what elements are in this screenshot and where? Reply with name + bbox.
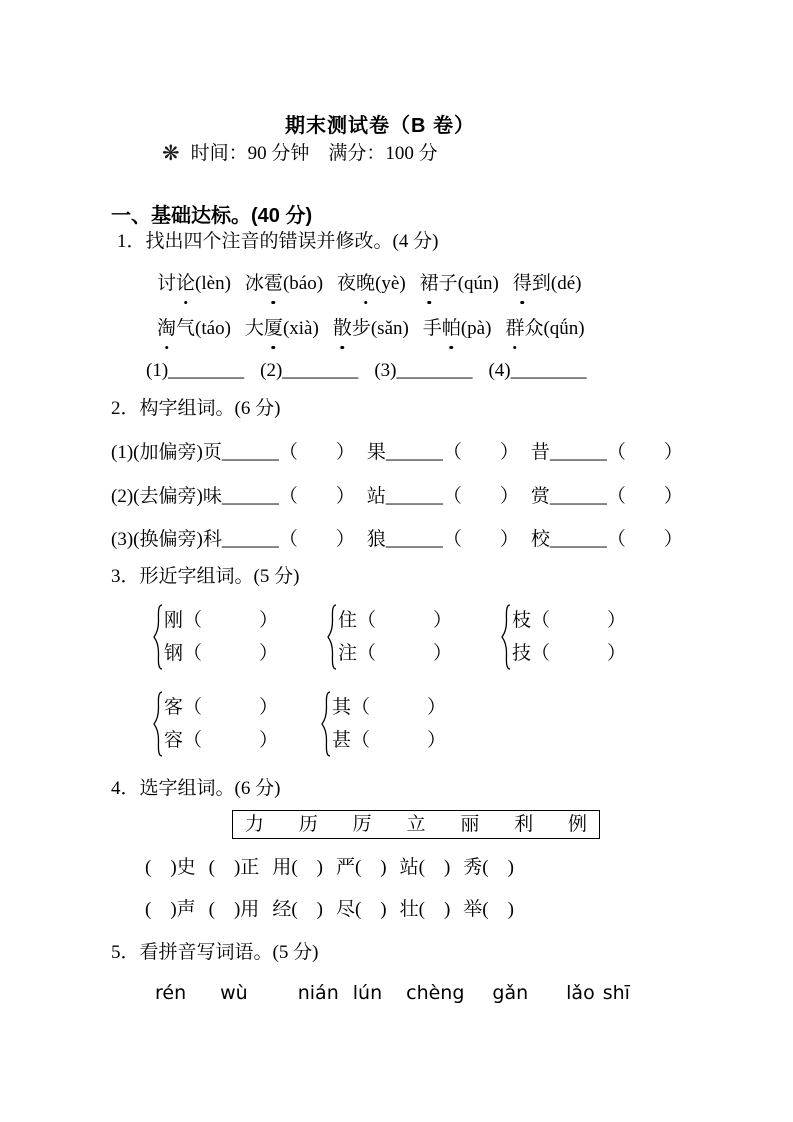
q1-word-dotted-char: 雹	[264, 269, 283, 298]
q2-item: 狼______（ ）	[367, 527, 519, 553]
q4-bank-char: 利	[514, 812, 533, 838]
q4-item: 经( )	[272, 897, 323, 923]
q1-word-post: 众	[524, 318, 543, 339]
q2-row-lead: (3)(换偏旁)科______（ ）	[111, 527, 355, 553]
q1-answer-blank: (4)________	[488, 358, 586, 384]
q1-answer-blanks: (1)________ (2)________ (3)________ (4)_…	[146, 358, 587, 384]
q1-answer-blank: (2)________	[260, 358, 358, 384]
q3-pair-group: 刚（ ） 钢（ ）	[152, 603, 278, 671]
q3-pair-top: 其（ ）	[332, 691, 446, 724]
q4-item: 站( )	[400, 855, 451, 881]
q3-pair-row-1: 刚（ ） 钢（ ） 住（ ） 注（ ） 枝（ ） 技（ ）	[152, 603, 626, 671]
q3-pair-group: 其（ ） 甚（ ）	[320, 690, 446, 758]
q1-word-dotted-char: 晚	[356, 269, 375, 298]
q3-pair-lines: 客（ ） 容（ ）	[164, 691, 278, 757]
exam-meta-line: ❋ 时间：90 分钟 满分：100 分	[162, 141, 438, 167]
q1-word-post: 步	[352, 318, 371, 339]
q5-pinyin-syllable: gǎn	[492, 981, 528, 1007]
q1-word-dotted-char: 群	[505, 314, 524, 343]
q1-word: 手帕(pà)	[423, 314, 492, 343]
q2-row: (2)(去偏旁)味______（ ） 站______（ ） 赏______（ ）	[111, 484, 683, 510]
left-brace-icon	[152, 690, 164, 758]
q5-pinyin-syllable: rén	[155, 981, 186, 1007]
q3-pair-bottom: 技（ ）	[512, 637, 626, 670]
q2-row-lead: (1)(加偏旁)页______（ ）	[111, 440, 355, 466]
q1-word-dotted-char: 论	[176, 269, 195, 298]
q1-word: 群众(qǘn)	[505, 314, 584, 343]
q1-word-pre: 讨	[157, 273, 176, 294]
q2-item: 站______（ ）	[367, 484, 519, 510]
q1-word: 得到(dé)	[513, 269, 582, 298]
q1-word-pinyin: (pà)	[461, 318, 492, 339]
q1-word: 大厦(xià)	[245, 314, 319, 343]
q4-item: ( )用	[209, 897, 260, 923]
q1-answer-blank: (1)________	[146, 358, 244, 384]
left-brace-icon	[320, 690, 332, 758]
q4-item-row-1: ( )史 ( )正 用( ) 严( ) 站( ) 秀( )	[145, 855, 514, 881]
q2-row-label: (1)(加偏旁)	[111, 442, 203, 463]
q2-row-lead: (2)(去偏旁)味______（ ）	[111, 484, 355, 510]
left-brace-icon	[326, 603, 338, 671]
q1-word-dotted-char: 得	[513, 269, 532, 298]
q3-pair-row-2: 客（ ） 容（ ） 其（ ） 甚（ ）	[152, 690, 446, 758]
q4-item: 秀( )	[463, 855, 514, 881]
q5-pinyin-syllable: nián	[298, 981, 339, 1007]
q3-pair-lines: 刚（ ） 钢（ ）	[164, 604, 278, 670]
q4-item: ( )声	[145, 897, 196, 923]
q2-item: 赏______（ ）	[531, 484, 683, 510]
q3-pair-top: 刚（ ）	[164, 604, 278, 637]
q4-item: ( )史	[145, 855, 196, 881]
q4-item: 壮( )	[400, 897, 451, 923]
q2-row-label: (3)(换偏旁)	[111, 529, 203, 550]
q4-character-bank-box: 力 历 厉 立 丽 利 例	[232, 810, 600, 839]
q1-word: 散步(sǎn)	[333, 314, 409, 343]
q1-word-pinyin: (báo)	[283, 273, 323, 294]
q1-answer-blank: (3)________	[374, 358, 472, 384]
section-1-heading: 一、基础达标。(40 分)	[111, 203, 312, 230]
exam-paper-page: 期末测试卷（B 卷） ❋ 时间：90 分钟 满分：100 分 一、基础达标。(4…	[0, 0, 793, 1122]
q1-word: 淘气(táo)	[157, 314, 231, 343]
q4-bank-char: 丽	[460, 812, 479, 838]
q1-word-pinyin: (lèn)	[195, 273, 231, 294]
q1-word-dotted-char: 淘	[157, 314, 176, 343]
q3-pair-group: 住（ ） 注（ ）	[326, 603, 452, 671]
q2-item: 果______（ ）	[367, 440, 519, 466]
decorative-stamp-icon: ❋	[162, 143, 180, 164]
q2-item: 页______（ ）	[203, 442, 355, 463]
q3-pair-bottom: 甚（ ）	[332, 724, 446, 757]
q2-item: 味______（ ）	[203, 486, 355, 507]
q2-row: (1)(加偏旁)页______（ ） 果______（ ） 昔______（ ）	[111, 440, 683, 466]
left-brace-icon	[500, 603, 512, 671]
q1-word-pinyin: (sǎn)	[371, 318, 409, 339]
q1-word-post: 子	[439, 273, 458, 294]
q3-pair-top: 客（ ）	[164, 691, 278, 724]
q3-pair-bottom: 钢（ ）	[164, 637, 278, 670]
q1-word-pinyin: (yè)	[375, 273, 406, 294]
q4-item: ( )正	[209, 855, 260, 881]
q1-word-post: 到	[532, 273, 551, 294]
q1-word-pre: 冰	[245, 273, 264, 294]
q1-word-row-1: 讨论(lèn) 冰雹(báo) 夜晚(yè) 裙子(qún) 得到(dé)	[157, 269, 581, 298]
q3-prompt: 3．形近字组词。(5 分)	[111, 564, 299, 590]
q3-pair-bottom: 容（ ）	[164, 724, 278, 757]
q4-item: 用( )	[272, 855, 323, 881]
exam-meta-text: 时间：90 分钟 满分：100 分	[191, 141, 438, 167]
q1-word-pinyin: (qún)	[458, 273, 499, 294]
q3-pair-group: 枝（ ） 技（ ）	[500, 603, 626, 671]
q1-word-row-2: 淘气(táo) 大厦(xià) 散步(sǎn) 手帕(pà) 群众(qǘn)	[157, 314, 585, 343]
q5-pinyin-row: rén wù nián lún chèng gǎn lǎo shī	[155, 981, 630, 1007]
q1-word-pinyin: (xià)	[283, 318, 319, 339]
q1-word-pinyin: (dé)	[551, 273, 582, 294]
q1-word-dotted-char: 帕	[442, 314, 461, 343]
q1-word: 冰雹(báo)	[245, 269, 323, 298]
q1-word-pinyin: (táo)	[195, 318, 231, 339]
q5-pinyin-syllable: lún	[353, 981, 382, 1007]
q2-prompt: 2．构字组词。(6 分)	[111, 396, 280, 422]
q1-word-dotted-char: 裙	[420, 269, 439, 298]
q1-word-pinyin: (qǘn)	[543, 318, 584, 339]
q5-pinyin-syllable: chèng	[406, 981, 464, 1007]
q1-prompt: 1．找出四个注音的错误并修改。(4 分)	[117, 229, 438, 255]
q4-item: 尽( )	[336, 897, 387, 923]
q4-bank-char: 例	[568, 812, 587, 838]
q5-pinyin-syllable: shī	[603, 981, 630, 1007]
q1-word-pre: 大	[245, 318, 264, 339]
q5-pinyin-syllable: lǎo	[566, 981, 595, 1007]
q3-pair-bottom: 注（ ）	[338, 637, 452, 670]
q4-bank-char: 立	[406, 812, 425, 838]
q1-word-pre: 手	[423, 318, 442, 339]
q3-pair-lines: 枝（ ） 技（ ）	[512, 604, 626, 670]
q5-prompt: 5．看拼音写词语。(5 分)	[111, 940, 318, 966]
q4-item-row-2: ( )声 ( )用 经( ) 尽( ) 壮( ) 举( )	[145, 897, 514, 923]
q4-bank-char: 力	[245, 812, 264, 838]
q1-word-post: 气	[176, 318, 195, 339]
q4-item: 严( )	[336, 855, 387, 881]
q5-pinyin-syllable: wù	[220, 981, 248, 1007]
q3-pair-group: 客（ ） 容（ ）	[152, 690, 278, 758]
left-brace-icon	[152, 603, 164, 671]
q1-word-dotted-char: 散	[333, 314, 352, 343]
q4-prompt: 4．选字组词。(6 分)	[111, 776, 280, 802]
q1-word: 夜晚(yè)	[337, 269, 406, 298]
q2-item: 昔______（ ）	[531, 440, 683, 466]
q3-pair-top: 枝（ ）	[512, 604, 626, 637]
q1-word-pre: 夜	[337, 273, 356, 294]
q3-pair-lines: 住（ ） 注（ ）	[338, 604, 452, 670]
q2-item: 科______（ ）	[203, 529, 355, 550]
q1-word-dotted-char: 厦	[264, 314, 283, 343]
q2-item: 校______（ ）	[531, 527, 683, 553]
q1-word: 裙子(qún)	[420, 269, 499, 298]
page-title: 期末测试卷（B 卷）	[0, 113, 760, 140]
q2-row: (3)(换偏旁)科______（ ） 狼______（ ） 校______（ ）	[111, 527, 683, 553]
q2-row-label: (2)(去偏旁)	[111, 486, 203, 507]
q4-bank-char: 厉	[353, 812, 372, 838]
q4-bank-char: 历	[299, 812, 318, 838]
q3-pair-top: 住（ ）	[338, 604, 452, 637]
q3-pair-lines: 其（ ） 甚（ ）	[332, 691, 446, 757]
q4-item: 举( )	[463, 897, 514, 923]
q1-word: 讨论(lèn)	[157, 269, 231, 298]
